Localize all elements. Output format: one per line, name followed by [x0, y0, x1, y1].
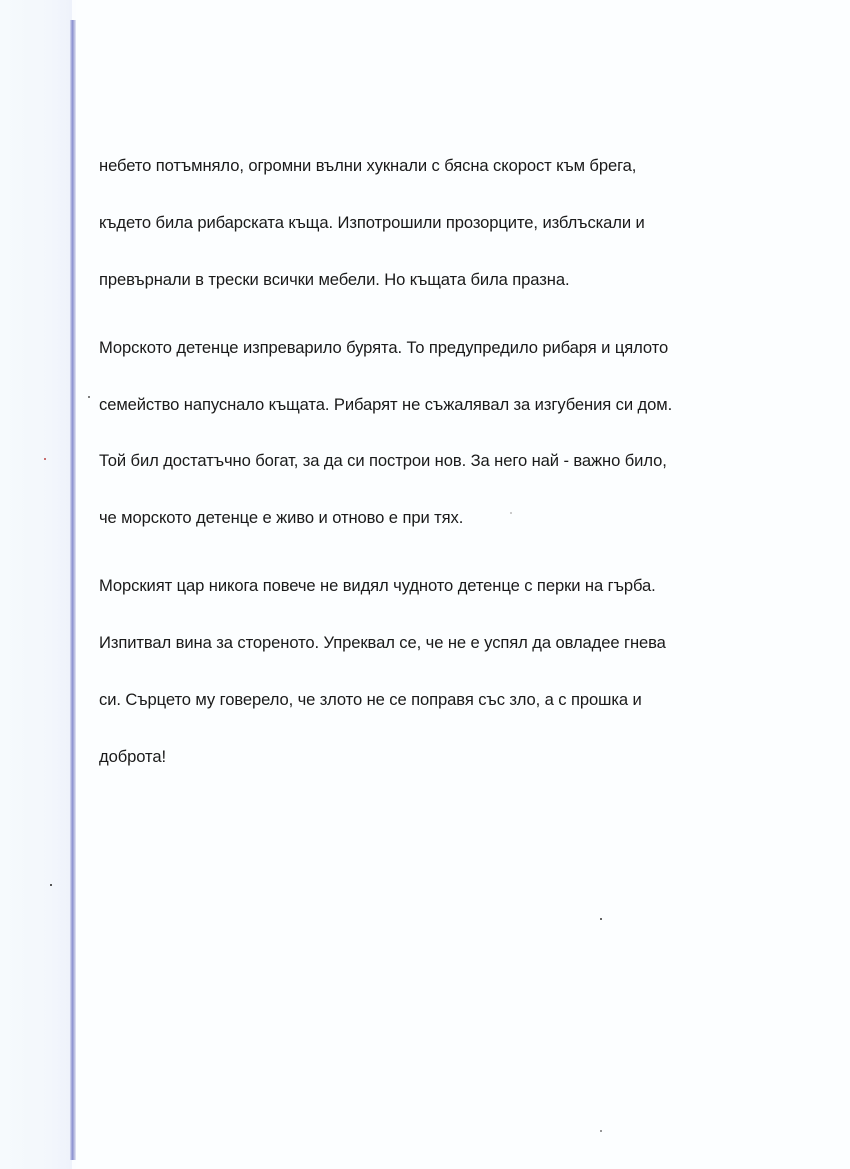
scan-speck	[510, 512, 512, 514]
page-binding-edge	[70, 20, 76, 1160]
text-line: Той бил достатъчно богат, за да си постр…	[99, 451, 667, 470]
paragraph-warning: Морското детенце изпреварило бурята. То …	[99, 305, 739, 532]
text-line: където била рибарската къща. Изпотрошили…	[99, 213, 645, 232]
text-line: Морският цар никога повече не видял чудн…	[99, 576, 656, 595]
scan-speck	[600, 1130, 602, 1132]
text-line: превърнали в трески всички мебели. Но къ…	[99, 270, 569, 289]
text-line: си. Сърцето му говерело, че злото не се …	[99, 690, 642, 709]
text-line: че морското детенце е живо и отново е пр…	[99, 508, 463, 527]
scan-speck	[50, 884, 52, 886]
scan-speck	[600, 918, 602, 920]
text-line: доброта!	[99, 747, 166, 766]
scan-speck	[44, 458, 46, 460]
text-line: Изпитвал вина за стореното. Упреквал се,…	[99, 633, 666, 652]
paragraph-ending: Морският цар никога повече не видял чудн…	[99, 544, 739, 771]
text-line: Морското детенце изпреварило бурята. То …	[99, 338, 668, 357]
paragraph-storm: небето потъмняло, огромни вълни хукнали …	[99, 124, 739, 294]
scan-left-margin	[0, 0, 72, 1169]
text-line: семейство напуснало къщата. Рибарят не с…	[99, 395, 672, 414]
document-body: небето потъмняло, огромни вълни хукнали …	[99, 124, 739, 782]
text-line: небето потъмняло, огромни вълни хукнали …	[99, 156, 636, 175]
scan-speck	[88, 396, 90, 398]
